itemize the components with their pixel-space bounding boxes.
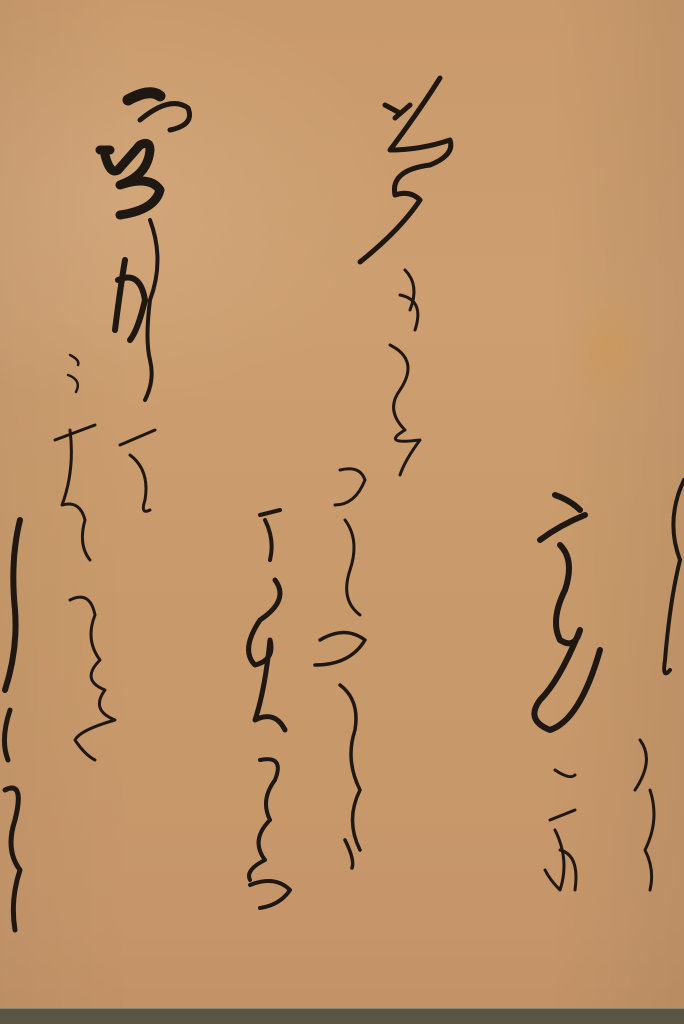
calligraphy-column-4 <box>249 510 290 908</box>
calligraphy-column-5 <box>315 78 451 868</box>
calligraphy-ink <box>0 0 684 1024</box>
calligraphy-column-2 <box>55 355 115 760</box>
calligraphy-column-7 <box>635 480 684 890</box>
calligraphy-column-6 <box>534 495 600 890</box>
calligraphy-column-3 <box>4 520 20 930</box>
calligraphy-column-1 <box>100 93 190 511</box>
